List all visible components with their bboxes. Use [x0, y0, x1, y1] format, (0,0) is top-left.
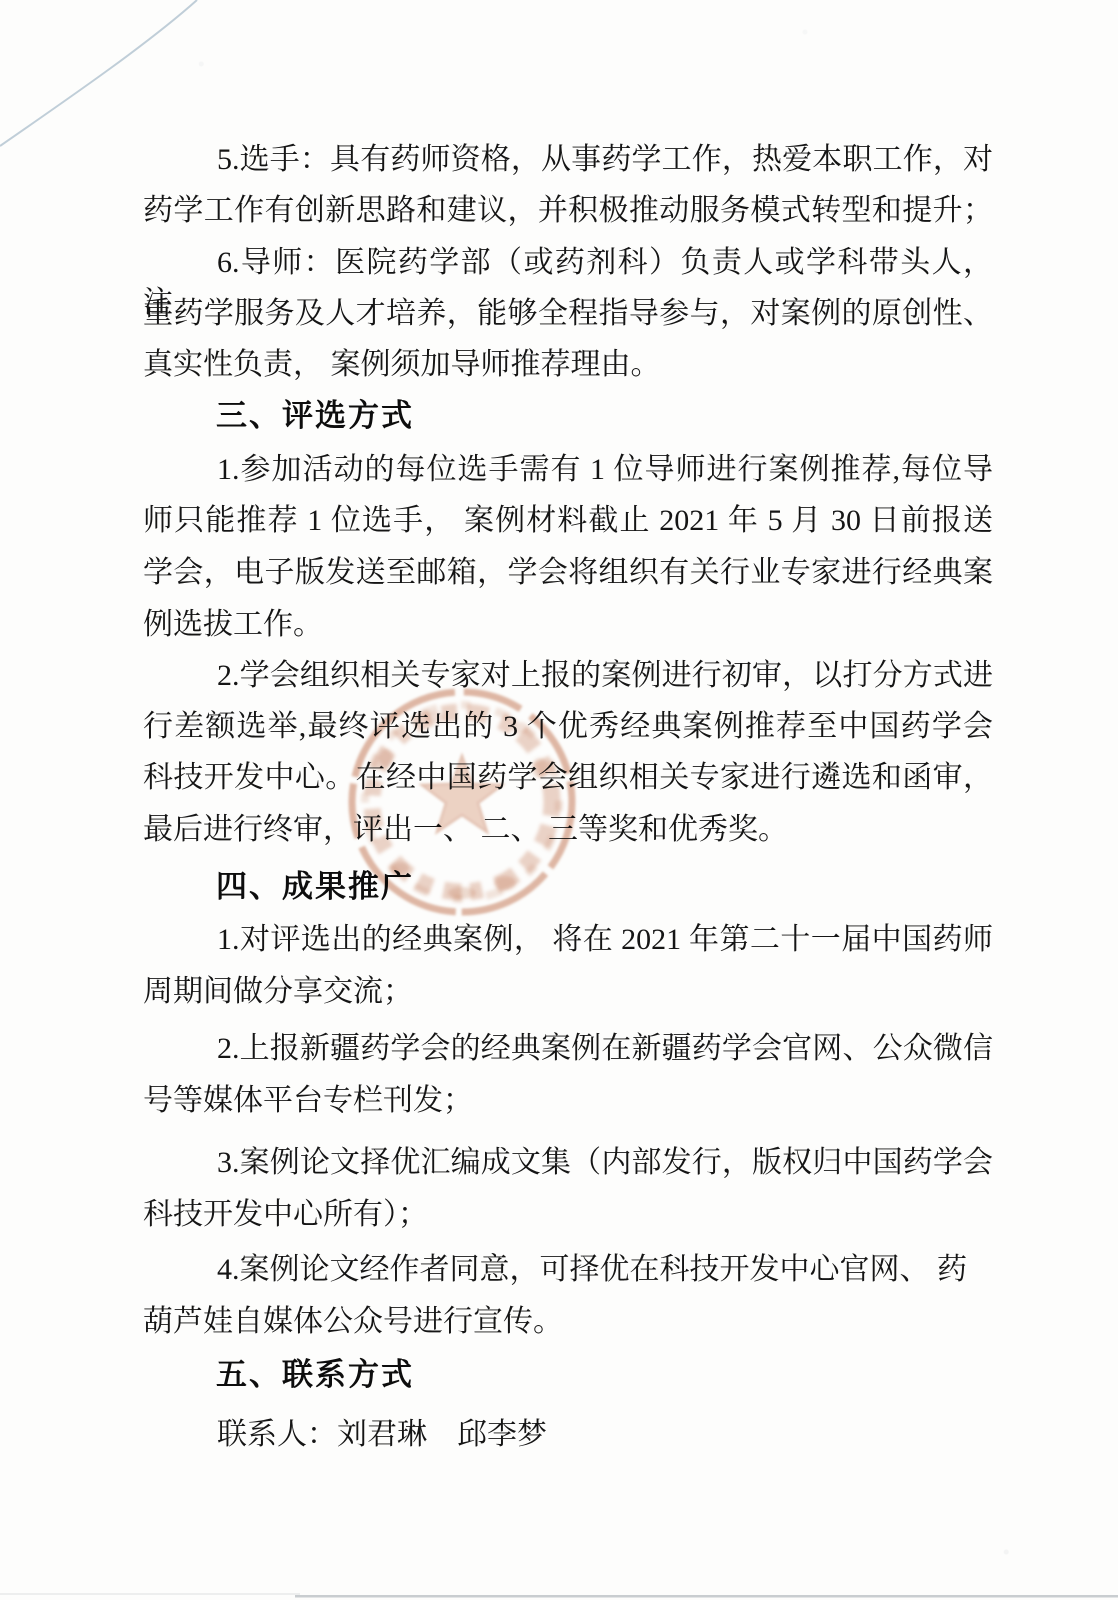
- text-line: 葫芦娃自媒体公众号进行宣传。: [143, 1302, 993, 1342]
- section-heading: 三、评选方式: [216, 396, 414, 436]
- text-line: 周期间做分享交流；: [143, 972, 993, 1012]
- text-line: 药学工作有创新思路和建议，并积极推动服务模式转型和提升；: [143, 191, 993, 231]
- text-line: 联系人：刘君琳 邱李梦: [143, 1415, 993, 1455]
- text-line: 重药学服务及人才培养，能够全程指导参与，对案例的原创性、: [143, 294, 993, 334]
- text-line: 真实性负责， 案例须加导师推荐理由。: [143, 345, 993, 385]
- text-line: 2.学会组织相关专家对上报的案例进行初审，以打分方式进: [143, 656, 993, 696]
- text-line: 科技开发中心。在经中国药学会组织相关专家进行遴选和函审，: [143, 758, 993, 798]
- document-page: 5.选手：具有药师资格，从事药学工作，热爱本职工作，对 药学工作有创新思路和建议…: [0, 0, 1118, 1600]
- text-line: 最后进行终审，评出一、 二、 三等奖和优秀奖。: [143, 810, 993, 850]
- scan-artifact-hairline: [0, 0, 1118, 1600]
- text-line: 5.选手：具有药师资格，从事药学工作，热爱本职工作，对: [143, 140, 993, 180]
- text-line: 学会，电子版发送至邮箱，学会将组织有关行业专家进行经典案: [143, 553, 993, 593]
- scan-edge-line: [295, 1595, 1118, 1598]
- section-heading: 五、联系方式: [216, 1355, 414, 1395]
- section-heading: 四、成果推广: [216, 867, 414, 907]
- text-line: 3.案例论文择优汇编成文集（内部发行，版权归中国药学会: [143, 1143, 993, 1183]
- text-line: 例选拔工作。: [143, 605, 993, 645]
- text-line: 科技开发中心所有）；: [143, 1195, 993, 1235]
- text-line: 2.上报新疆药学会的经典案例在新疆药学会官网、公众微信: [143, 1029, 993, 1069]
- text-line: 1.参加活动的每位选手需有 1 位导师进行案例推荐,每位导: [143, 450, 993, 490]
- text-line: 行差额选举,最终评选出的 3 个优秀经典案例推荐至中国药学会: [143, 707, 993, 747]
- text-line: 4.案例论文经作者同意，可择优在科技开发中心官网、 药: [143, 1250, 993, 1290]
- text-line: 号等媒体平台专栏刊发；: [143, 1081, 993, 1121]
- text-line: 1.对评选出的经典案例， 将在 2021 年第二十一届中国药师: [143, 920, 993, 960]
- text-line: 师只能推荐 1 位选手， 案例材料截止 2021 年 5 月 30 日前报送: [143, 501, 993, 541]
